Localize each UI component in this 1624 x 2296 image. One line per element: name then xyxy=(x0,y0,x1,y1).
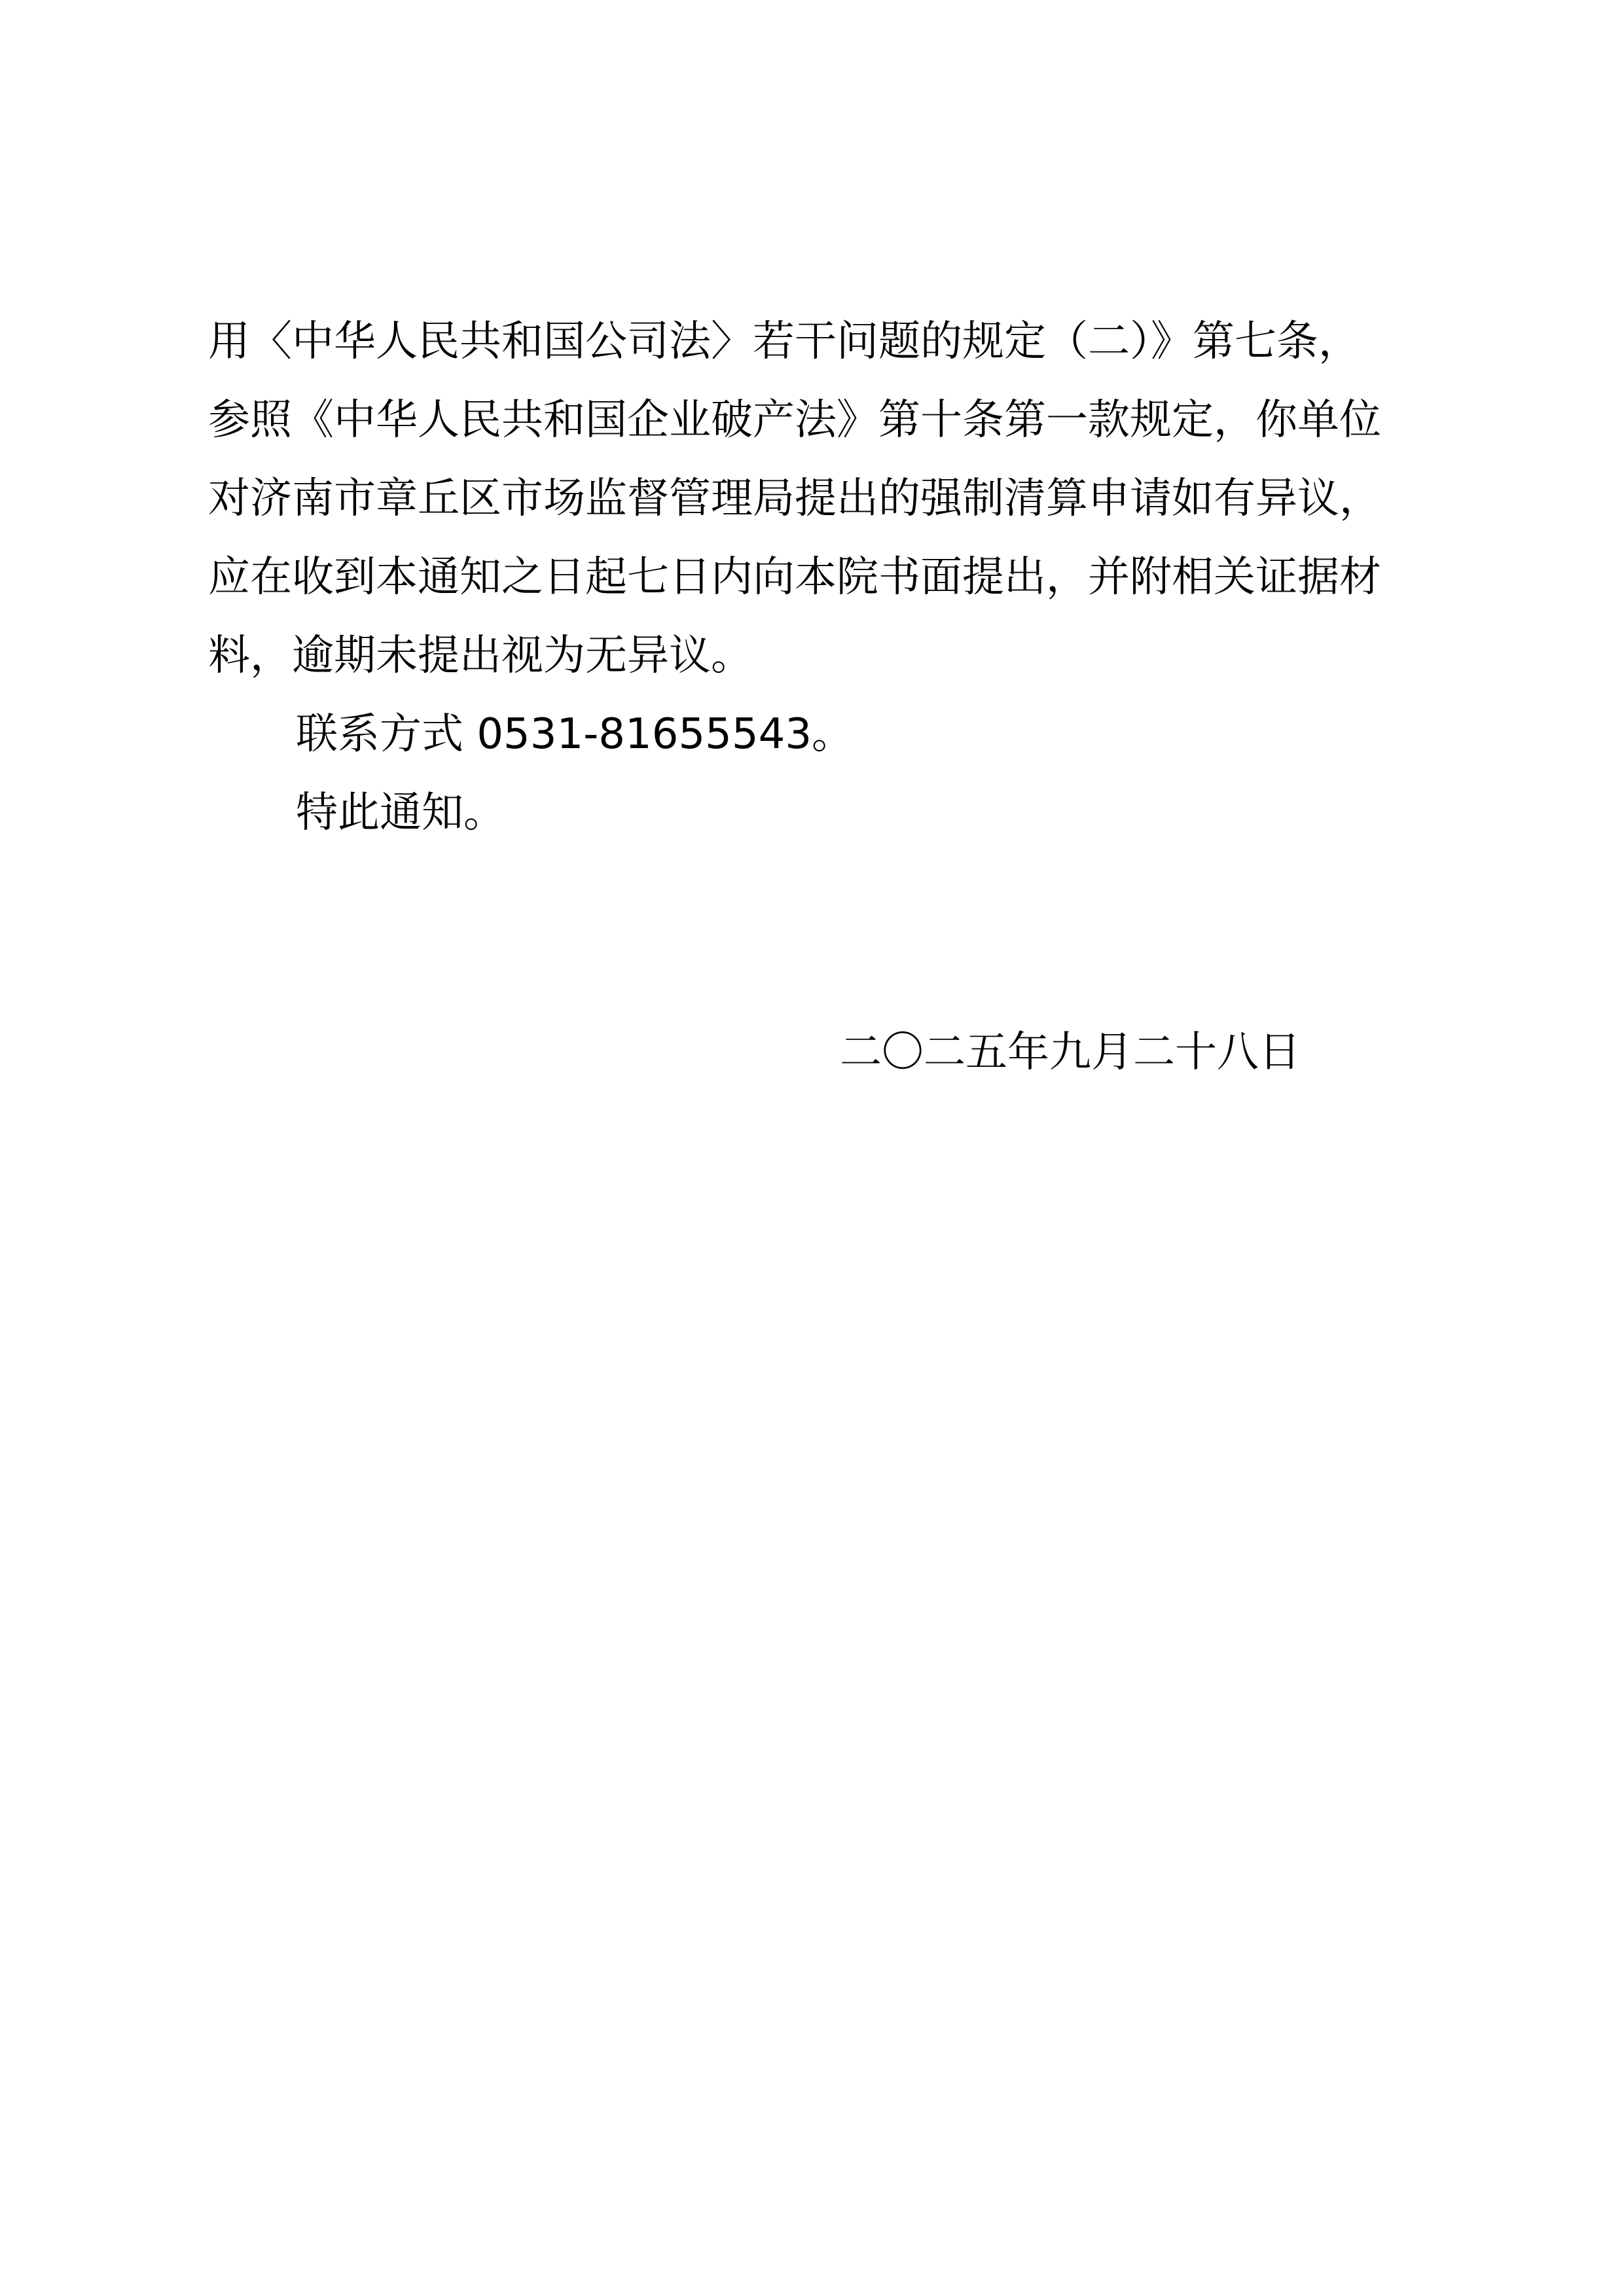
body-line-4: 应在收到本通知之日起七日内向本院书面提出，并附相关证据材 xyxy=(208,538,1452,617)
body-line-2: 参照《中华人民共和国企业破产法》第十条第一款规定，你单位 xyxy=(208,381,1452,459)
document-page: 用〈中华人民共和国公司法〉若干问题的规定（二）》第七条， 参照《中华人民共和国企… xyxy=(0,0,1624,2296)
contact-line: 联系方式 0531-81655543。 xyxy=(208,695,1452,774)
body-line-5: 料，逾期未提出视为无异议。 xyxy=(208,617,1452,695)
body-line-3: 对济南市章丘区市场监督管理局提出的强制清算申请如有异议， xyxy=(208,459,1452,538)
body-line-1: 用〈中华人民共和国公司法〉若干问题的规定（二）》第七条， xyxy=(208,302,1452,381)
notice-body: 用〈中华人民共和国公司法〉若干问题的规定（二）》第七条， 参照《中华人民共和国企… xyxy=(208,302,1452,852)
document-date: 二〇二五年九月二十八日 xyxy=(840,1013,1301,1092)
closing-line: 特此通知。 xyxy=(208,774,1452,852)
